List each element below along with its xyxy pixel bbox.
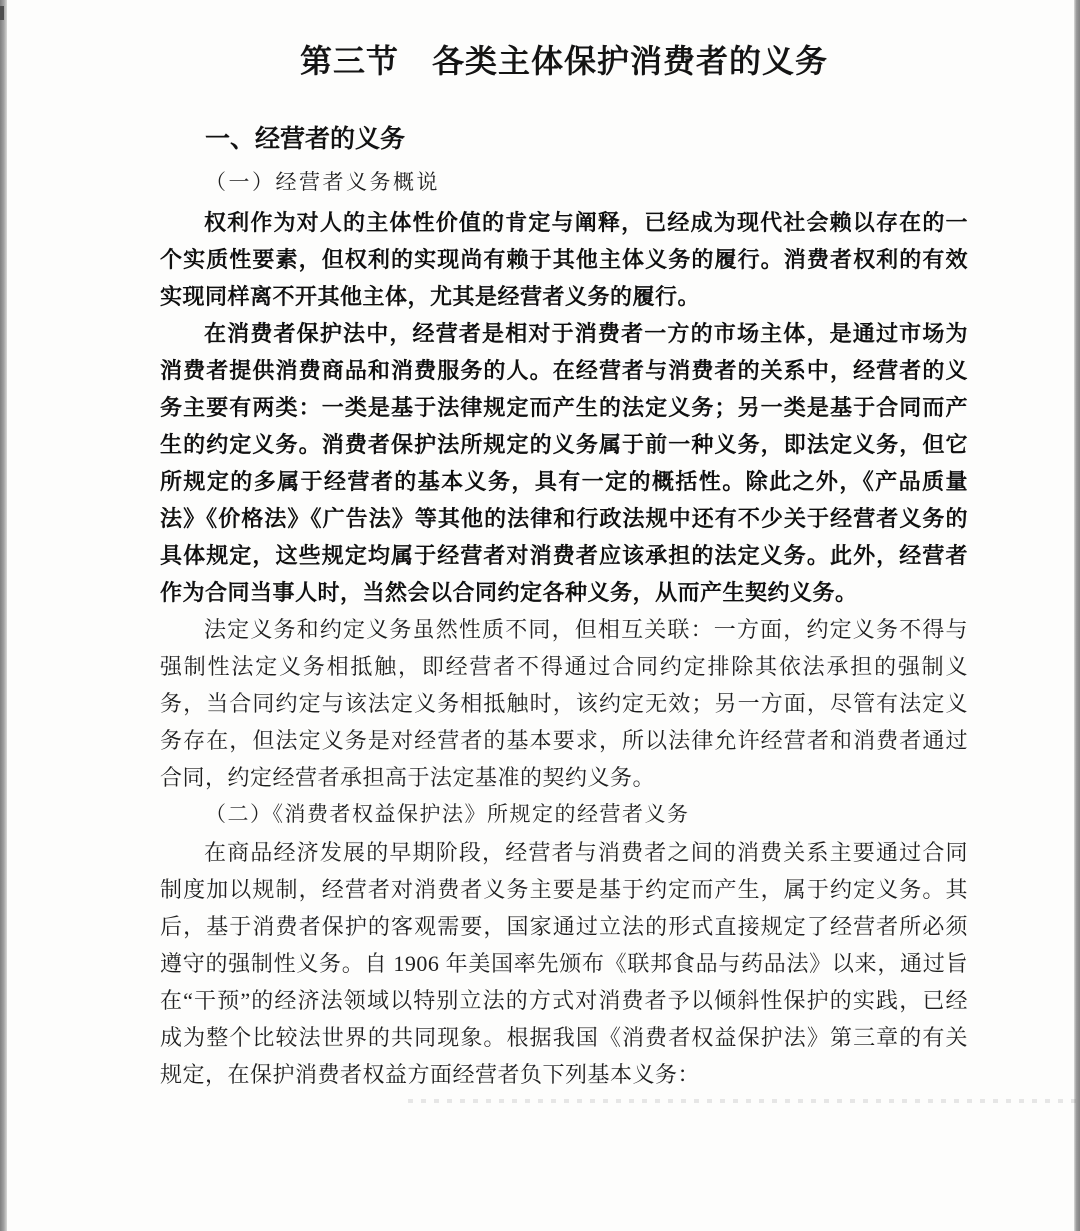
paragraph-statutory-vs-contractual: 法定义务和约定义务虽然性质不同，但相互关联：一方面，约定义务不得与强制性法定义务… bbox=[160, 611, 968, 796]
scan-edge-right bbox=[1074, 0, 1080, 1231]
scan-noise-artifact bbox=[408, 1099, 1080, 1103]
paragraph-two-types-of-obligations: 在消费者保护法中，经营者是相对于消费者一方的市场主体，是通过市场为消费者提供消费… bbox=[160, 315, 968, 611]
paragraph-rights-as-value: 权利作为对人的主体性价值的肯定与阐释，已经成为现代社会赖以存在的一个实质性要素，… bbox=[160, 204, 968, 315]
subheading-law-prescribed-obligations: （二）《消费者权益保护法》所规定的经营者义务 bbox=[205, 800, 968, 828]
scan-edge-left bbox=[0, 0, 7, 1231]
subheading-obligations-overview: （一）经营者义务概说 bbox=[205, 168, 968, 196]
scanned-book-page: 第三节 各类主体保护消费者的义务 一、经营者的义务 （一）经营者义务概说 权利作… bbox=[0, 0, 1080, 1231]
section-title: 第三节 各类主体保护消费者的义务 bbox=[160, 40, 968, 82]
paragraph-historical-development: 在商品经济发展的早期阶段，经营者与消费者之间的消费关系主要通过合同制度加以规制，… bbox=[160, 834, 968, 1093]
page-content: 第三节 各类主体保护消费者的义务 一、经营者的义务 （一）经营者义务概说 权利作… bbox=[160, 0, 968, 1093]
heading-operator-obligations: 一、经营者的义务 bbox=[205, 124, 968, 154]
